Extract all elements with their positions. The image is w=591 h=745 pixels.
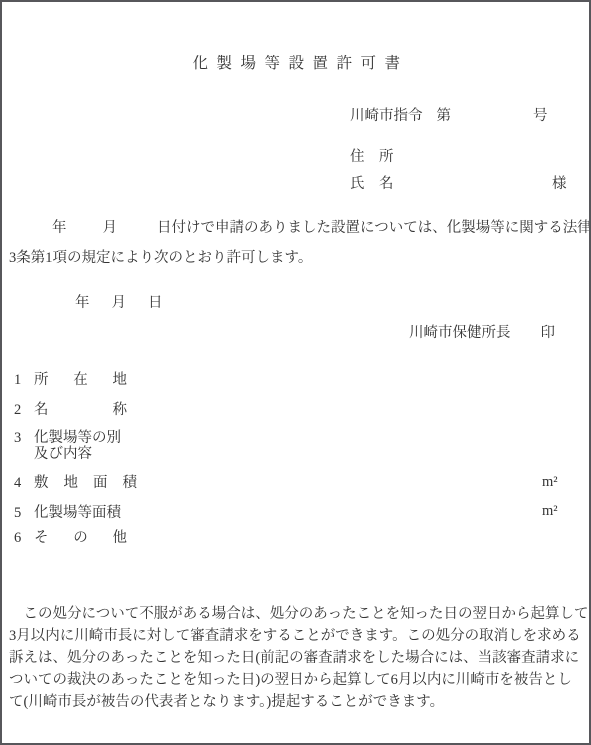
item-label-type-and-content: 化製場等の別及び内容 xyxy=(34,430,121,462)
notice-line: この処分について不服がある場合は、処分のあったことを知った日の翌日から起算して xyxy=(9,603,587,625)
item-label-line2: 及び内容 xyxy=(34,446,121,462)
directive-number-suffix: 号 xyxy=(533,108,548,124)
item-label-line1: 化製場等の別 xyxy=(34,430,121,446)
item-label-plant-area: 化製場等面積 xyxy=(34,505,121,521)
issuer-line: 川崎市保健所長印 xyxy=(409,325,555,342)
notice-line: 訴えは、処分のあったことを知った日(前記の審査請求をした場合には、当該審査請求に xyxy=(9,647,587,669)
issue-date-month: 月 xyxy=(112,295,127,311)
directive-number-line: 川崎市指令第号 xyxy=(350,108,548,125)
item-label-other: その他 xyxy=(34,530,127,547)
item-number: 3 xyxy=(14,430,34,447)
notice-line: 3月以内に川崎市長に対して審査請求をすることができます。この処分の取消しを求める xyxy=(9,625,587,647)
grant-paragraph-line1: 年月日付けで申請のありました設置については、化製場等に関する法律第 xyxy=(9,220,591,237)
item-row-4: 4敷地面積 xyxy=(14,475,137,492)
recipient-address-label: 住 所 xyxy=(350,149,394,166)
issue-date-day: 日 xyxy=(148,295,163,311)
appeal-notice-paragraph: この処分について不服がある場合は、処分のあったことを知った日の翌日から起算して … xyxy=(9,603,587,713)
recipient-honorific: 様 xyxy=(552,176,567,193)
document-title: 化製場等設置許可書 xyxy=(2,55,589,72)
issuer-seal-mark: 印 xyxy=(541,325,556,341)
item-row-1: 1所在地 xyxy=(14,372,127,389)
item-number: 2 xyxy=(14,402,34,419)
notice-line: ついての裁決のあったことを知った日)の翌日から起算して6月以内に川崎市を被告とし xyxy=(9,669,587,691)
issue-date-year: 年 xyxy=(75,295,90,311)
recipient-name-label: 氏 名 xyxy=(350,176,394,193)
item-number: 6 xyxy=(14,530,34,547)
grant-year-blank: 年 xyxy=(52,220,67,236)
issuer-title: 川崎市保健所長 xyxy=(409,325,511,341)
item-number: 1 xyxy=(14,372,34,389)
item-unit-site-area: m² xyxy=(542,474,558,491)
item-label-name: 名称 xyxy=(34,402,127,419)
item-row-6: 6その他 xyxy=(14,530,127,547)
directive-number-prefix: 第 xyxy=(437,108,452,124)
item-label-location: 所在地 xyxy=(34,372,127,389)
grant-line1-text: 日付けで申請のありました設置については、化製場等に関する法律第 xyxy=(157,220,591,236)
item-number: 5 xyxy=(14,505,34,522)
issue-date-line: 年月日 xyxy=(75,295,163,312)
notice-line: て(川崎市長が被告の代表者となります。)提起することができます。 xyxy=(9,691,587,713)
grant-month-blank: 月 xyxy=(103,220,118,236)
item-number: 4 xyxy=(14,475,34,492)
item-label-site-area: 敷地面積 xyxy=(34,475,137,492)
grant-paragraph-line2: 3条第1項の規定により次のとおり許可します。 xyxy=(9,250,312,267)
item-row-5: 5化製場等面積 xyxy=(14,505,121,522)
item-row-3: 3化製場等の別及び内容 xyxy=(14,430,121,462)
permit-document-page: 化製場等設置許可書 川崎市指令第号 住 所 氏 名 様 年月日付けで申請のありま… xyxy=(0,0,591,745)
directive-authority: 川崎市指令 xyxy=(350,108,423,124)
item-unit-plant-area: m² xyxy=(542,503,558,520)
item-row-2: 2名称 xyxy=(14,402,127,419)
